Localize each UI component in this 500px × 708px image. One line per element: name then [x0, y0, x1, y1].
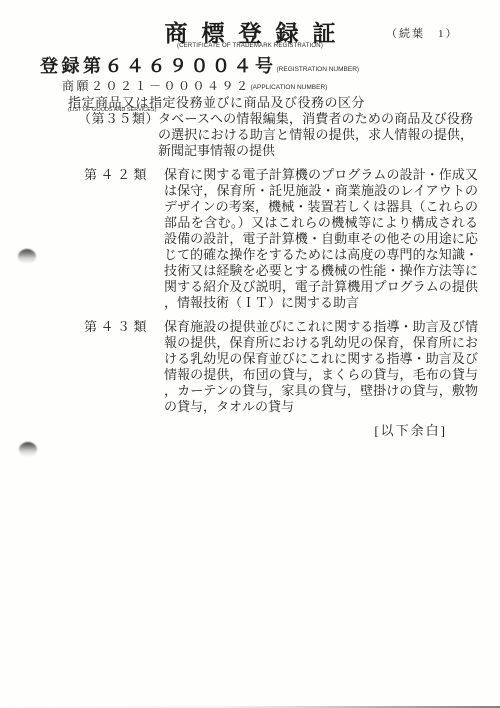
trademark-certificate-page: 商標登録証 (CERTIFICATE OF TRADEMARK REGISTRA…: [0, 0, 500, 708]
page-title-english-caption: (CERTIFICATE OF TRADEMARK REGISTRATION): [0, 43, 500, 49]
application-number: 商願２０２１－０００４９２: [62, 79, 251, 93]
class-entry-42: 第４２類 保育に関する電子計算機のプログラムの設計・作成又は保守，保育所・託児施…: [78, 167, 478, 311]
scan-speck: [443, 178, 445, 180]
class-entry-35: （第３５類） タベースへの情報編集，消費者のための商品及び役務の選択における助言…: [78, 111, 478, 159]
class-label: 第４３類: [78, 319, 164, 415]
registration-number: 登録第６４６９００４号: [40, 56, 277, 76]
end-of-list-note: [以下余白]: [158, 423, 473, 439]
punch-hole-bottom: [19, 442, 37, 457]
sheet-continuation-note: （続葉 1）: [386, 25, 459, 41]
class-entry-43: 第４３類 保育施設の提供並びにこれに関する指導・助言及び情報の提供，保育所におけ…: [78, 319, 478, 415]
class-label: 第４２類: [78, 167, 164, 311]
class-description: タベースへの情報編集，消費者のための商品及び役務の選択における助言と情報の提供，…: [158, 111, 473, 159]
registration-number-line: 登録第６４６９００４号(REGISTRATION NUMBER): [40, 52, 359, 78]
application-number-caption: (APPLICATION NUMBER): [251, 84, 328, 91]
registration-number-caption: (REGISTRATION NUMBER): [277, 66, 360, 73]
class-description: 保育施設の提供並びにこれに関する指導・助言及び情報の提供，保育所における乳幼児の…: [164, 319, 478, 415]
class-description: 保育に関する電子計算機のプログラムの設計・作成又は保守，保育所・託児施設・商業施…: [164, 167, 478, 311]
class-label: （第３５類）: [78, 111, 158, 159]
scan-speck: [441, 117, 443, 119]
punch-hole-top: [18, 249, 36, 264]
class-entry-list: （第３５類） タベースへの情報編集，消費者のための商品及び役務の選択における助言…: [78, 111, 478, 439]
